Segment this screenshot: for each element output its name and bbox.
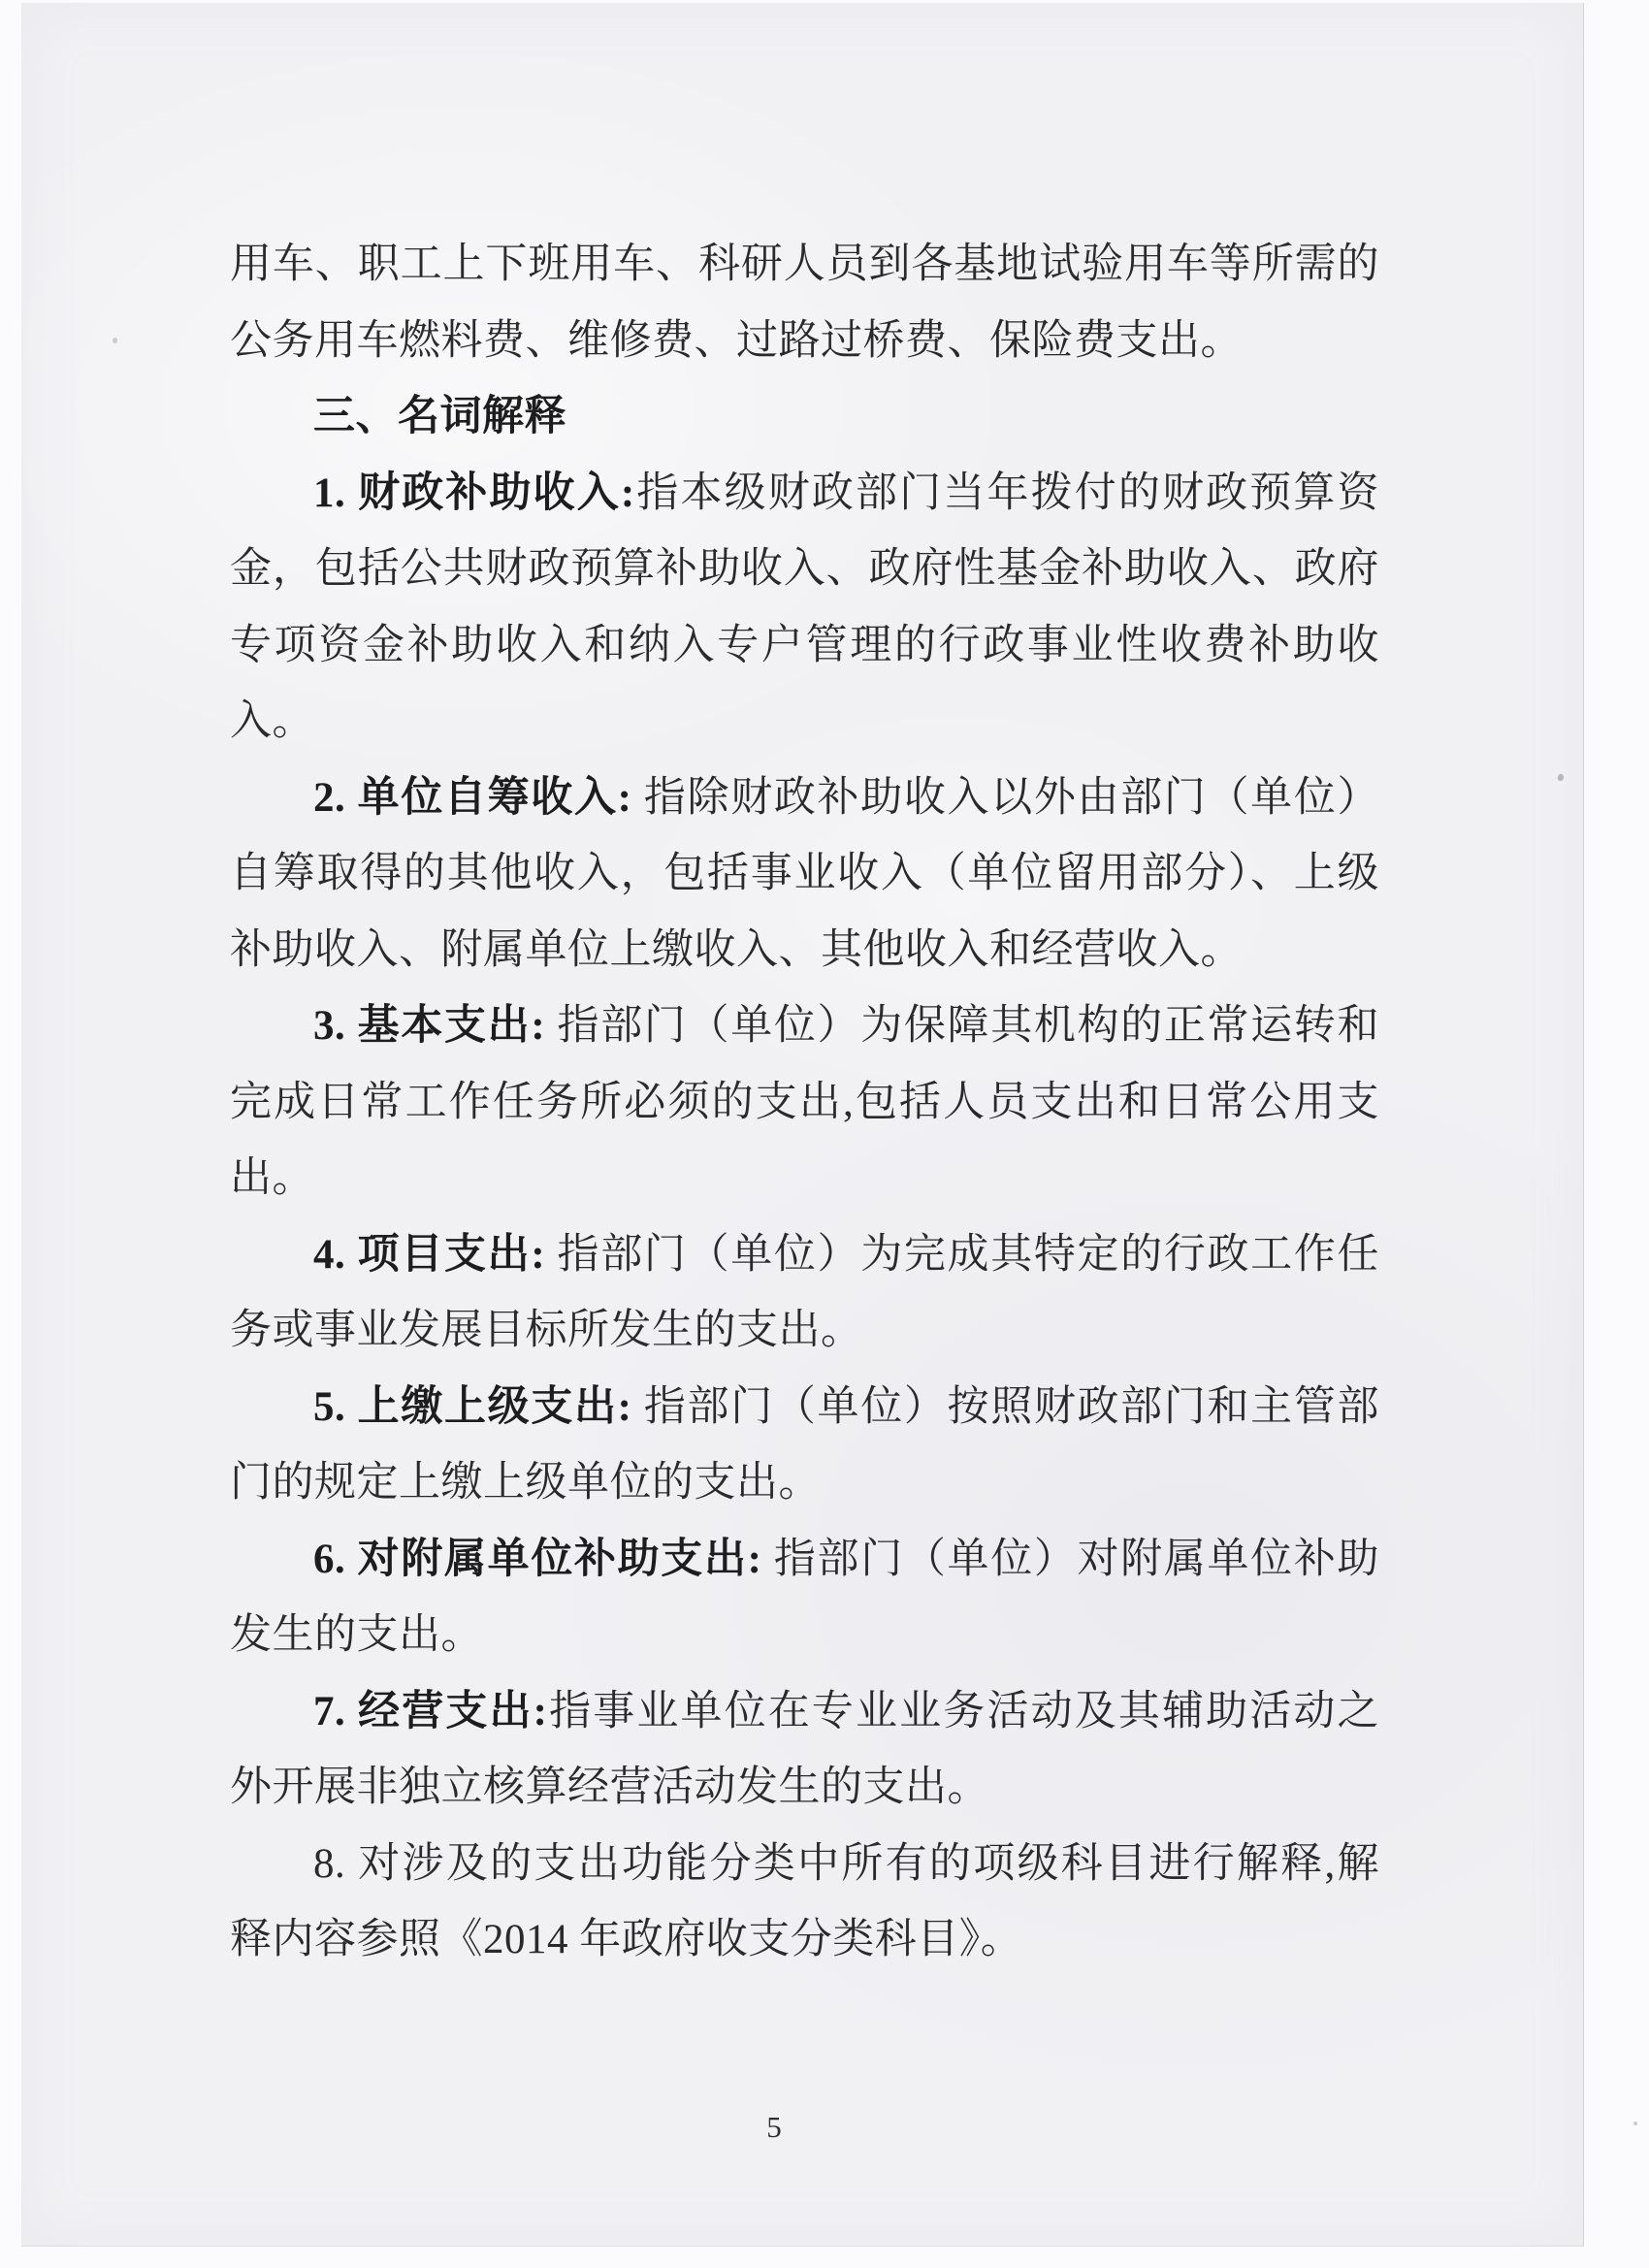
line-text: 公务用车燃料费、维修费、过路过桥费、保险费支出。 — [230, 318, 1243, 364]
doc-line: 外开展非独立核算经营活动发生的支出。 — [230, 1750, 1379, 1827]
line-text: 务或事业发展目标所发生的支出。 — [230, 1308, 863, 1353]
term-bold: 3. 基本支出: — [313, 1003, 545, 1049]
line-text: 自筹取得的其他收入，包括事业收入（单位留用部分）、上级 — [230, 851, 1379, 896]
doc-line: 自筹取得的其他收入，包括事业收入（单位留用部分）、上级 — [230, 836, 1379, 913]
term-bold: 4. 项目支出: — [313, 1232, 545, 1278]
line-text: 8. 对涉及的支出功能分类中所有的项级科目进行解释,解 — [313, 1841, 1379, 1887]
doc-line: 专项资金补助收入和纳入专户管理的行政事业性收费补助收 — [230, 608, 1379, 685]
section-heading: 三、名词解释 — [230, 379, 1379, 456]
document-body: 用车、职工上下班用车、科研人员到各基地试验用车等所需的 公务用车燃料费、维修费、… — [230, 227, 1379, 1979]
page-number: 5 — [747, 2100, 801, 2155]
scan-artifact — [113, 338, 117, 343]
doc-line: 释内容参照《2014 年政府收支分类科目》。 — [230, 1902, 1379, 1979]
line-text: 出。 — [230, 1155, 314, 1201]
line-text: 指部门（单位）为保障其机构的正常运转和 — [545, 1003, 1379, 1049]
doc-line: 金，包括公共财政预算补助收入、政府性基金补助收入、政府 — [230, 532, 1379, 608]
line-text: 指部门（单位）按照财政部门和主管部 — [631, 1384, 1379, 1430]
scanned-page: 用车、职工上下班用车、科研人员到各基地试验用车等所需的 公务用车燃料费、维修费、… — [21, 3, 1584, 2247]
doc-line: 务或事业发展目标所发生的支出。 — [230, 1293, 1379, 1370]
doc-line: 4. 项目支出: 指部门（单位）为完成其特定的行政工作任 — [230, 1217, 1379, 1294]
line-text: 指除财政补助收入以外由部门（单位） — [631, 775, 1379, 821]
term-bold: 三、名词解释 — [313, 394, 566, 439]
line-text: 指部门（单位）对附属单位补助 — [761, 1537, 1379, 1582]
line-text: 外开展非独立核算经营活动发生的支出。 — [230, 1765, 989, 1810]
line-text: 用车、职工上下班用车、科研人员到各基地试验用车等所需的 — [230, 242, 1379, 287]
term-bold: 5. 上缴上级支出: — [313, 1384, 631, 1430]
doc-line: 6. 对附属单位补助支出: 指部门（单位）对附属单位补助 — [230, 1522, 1379, 1599]
term-bold: 2. 单位自筹收入: — [313, 775, 631, 821]
doc-line: 用车、职工上下班用车、科研人员到各基地试验用车等所需的 — [230, 227, 1379, 304]
line-text: 专项资金补助收入和纳入专户管理的行政事业性收费补助收 — [230, 623, 1379, 668]
doc-line: 3. 基本支出: 指部门（单位）为保障其机构的正常运转和 — [230, 988, 1379, 1065]
line-text: 指部门（单位）为完成其特定的行政工作任 — [545, 1232, 1379, 1278]
doc-line: 完成日常工作任务所必须的支出,包括人员支出和日常公用支 — [230, 1065, 1379, 1142]
line-text: 完成日常工作任务所必须的支出,包括人员支出和日常公用支 — [230, 1080, 1379, 1125]
doc-line: 公务用车燃料费、维修费、过路过桥费、保险费支出。 — [230, 304, 1379, 380]
doc-line: 发生的支出。 — [230, 1598, 1379, 1674]
scan-background: { "document": { "page_number": "5", "lin… — [0, 0, 1649, 2268]
doc-line: 5. 上缴上级支出: 指部门（单位）按照财政部门和主管部 — [230, 1370, 1379, 1446]
line-text: 指本级财政部门当年拨付的财政预算资 — [635, 470, 1379, 516]
line-text: 补助收入、附属单位上缴收入、其他收入和经营收入。 — [230, 927, 1243, 973]
line-text: 指事业单位在专业业务活动及其辅助活动之 — [547, 1689, 1379, 1734]
line-text: 入。 — [230, 698, 314, 744]
term-bold: 6. 对附属单位补助支出: — [313, 1537, 761, 1582]
term-bold: 1. 财政补助收入: — [313, 470, 635, 516]
doc-line: 门的规定上缴上级单位的支出。 — [230, 1445, 1379, 1522]
doc-line: 7. 经营支出:指事业单位在专业业务活动及其辅助活动之 — [230, 1674, 1379, 1751]
doc-line: 补助收入、附属单位上缴收入、其他收入和经营收入。 — [230, 913, 1379, 989]
doc-line: 出。 — [230, 1141, 1379, 1217]
line-text: 发生的支出。 — [230, 1612, 483, 1658]
scan-artifact — [1557, 773, 1566, 782]
doc-line: 1. 财政补助收入:指本级财政部门当年拨付的财政预算资 — [230, 456, 1379, 533]
doc-line: 2. 单位自筹收入: 指除财政补助收入以外由部门（单位） — [230, 761, 1379, 837]
line-text: 释内容参照《2014 年政府收支分类科目》。 — [230, 1917, 1022, 1962]
scan-artifact — [1633, 2122, 1637, 2125]
term-bold: 7. 经营支出: — [313, 1689, 547, 1734]
line-text: 门的规定上缴上级单位的支出。 — [230, 1460, 821, 1506]
line-text: 金，包括公共财政预算补助收入、政府性基金补助收入、政府 — [230, 546, 1379, 592]
doc-line: 入。 — [230, 684, 1379, 761]
doc-line: 8. 对涉及的支出功能分类中所有的项级科目进行解释,解 — [230, 1827, 1379, 1903]
